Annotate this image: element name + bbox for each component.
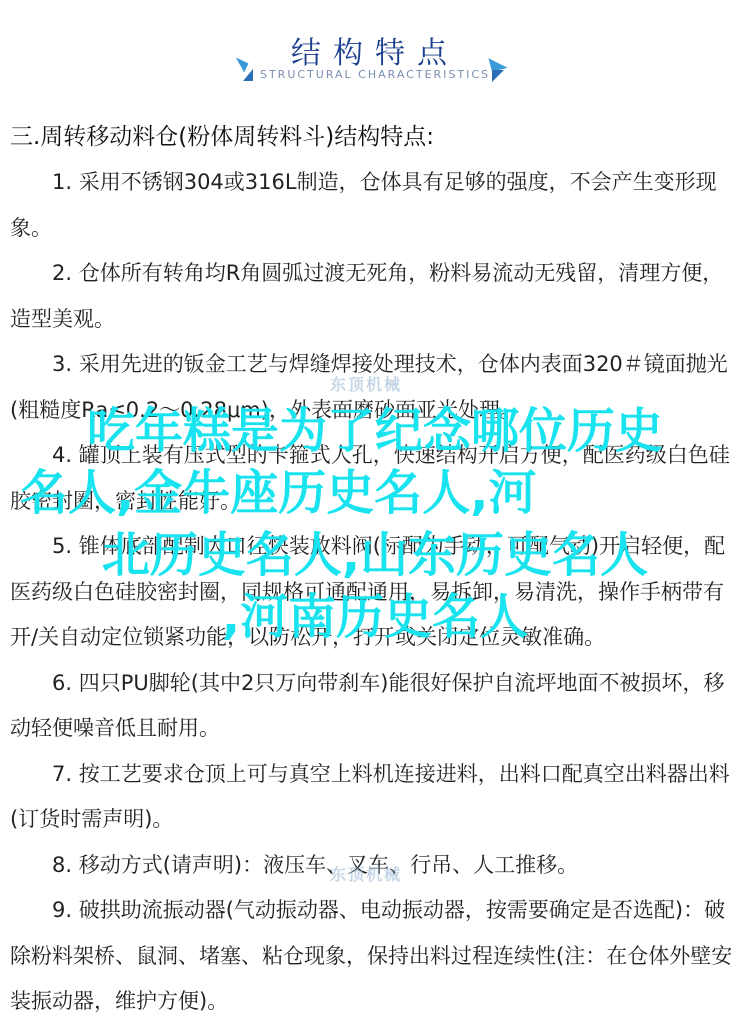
feature-item: 1. 采用不锈钢304或316L制造，仓体具有足够的强度，不会产生变形现象。 bbox=[10, 160, 740, 251]
feature-item: 6. 四只PU脚轮(其中2只万向带刹车)能很好保护自流坪地面不被损坏，移动轻便噪… bbox=[10, 661, 740, 752]
watermark-logo: 东顶机械 bbox=[330, 372, 402, 395]
overlay-caption: 吃年糕是为了纪念哪位历史 名人,金牛座历史名人,河 北历史名人,山东历史名人 ,… bbox=[0, 400, 750, 648]
overlay-line: 吃年糕是为了纪念哪位历史 bbox=[0, 400, 750, 462]
overlay-line: ,河南历史名人 bbox=[0, 586, 750, 648]
header-title: 结构特点 bbox=[0, 28, 750, 72]
feature-item: 9. 破拱助流振动器(气动振动器、电动振动器，按需要确定是否选配)：破除粉料架桥… bbox=[10, 888, 740, 1023]
feature-item: 2. 仓体所有转角均R角圆弧过渡无死角，粉料易流动无残留，清理方便，造型美观。 bbox=[10, 251, 740, 342]
overlay-line: 名人,金牛座历史名人,河 bbox=[0, 462, 750, 524]
feature-item: 7. 按工艺要求仓顶上可与真空上料机连接进料，出料口配真空出料器出料(订货时需声… bbox=[10, 752, 740, 843]
watermark-logo: 东顶机械 bbox=[330, 862, 402, 885]
header-subtitle: Structural characteristics bbox=[0, 68, 750, 81]
header-banner: 结构特点 Structural characteristics bbox=[0, 22, 750, 92]
overlay-line: 北历史名人,山东历史名人 bbox=[0, 524, 750, 586]
section-title: 三.周转移动料仓(粉体周转料斗)结构特点: bbox=[10, 118, 434, 151]
